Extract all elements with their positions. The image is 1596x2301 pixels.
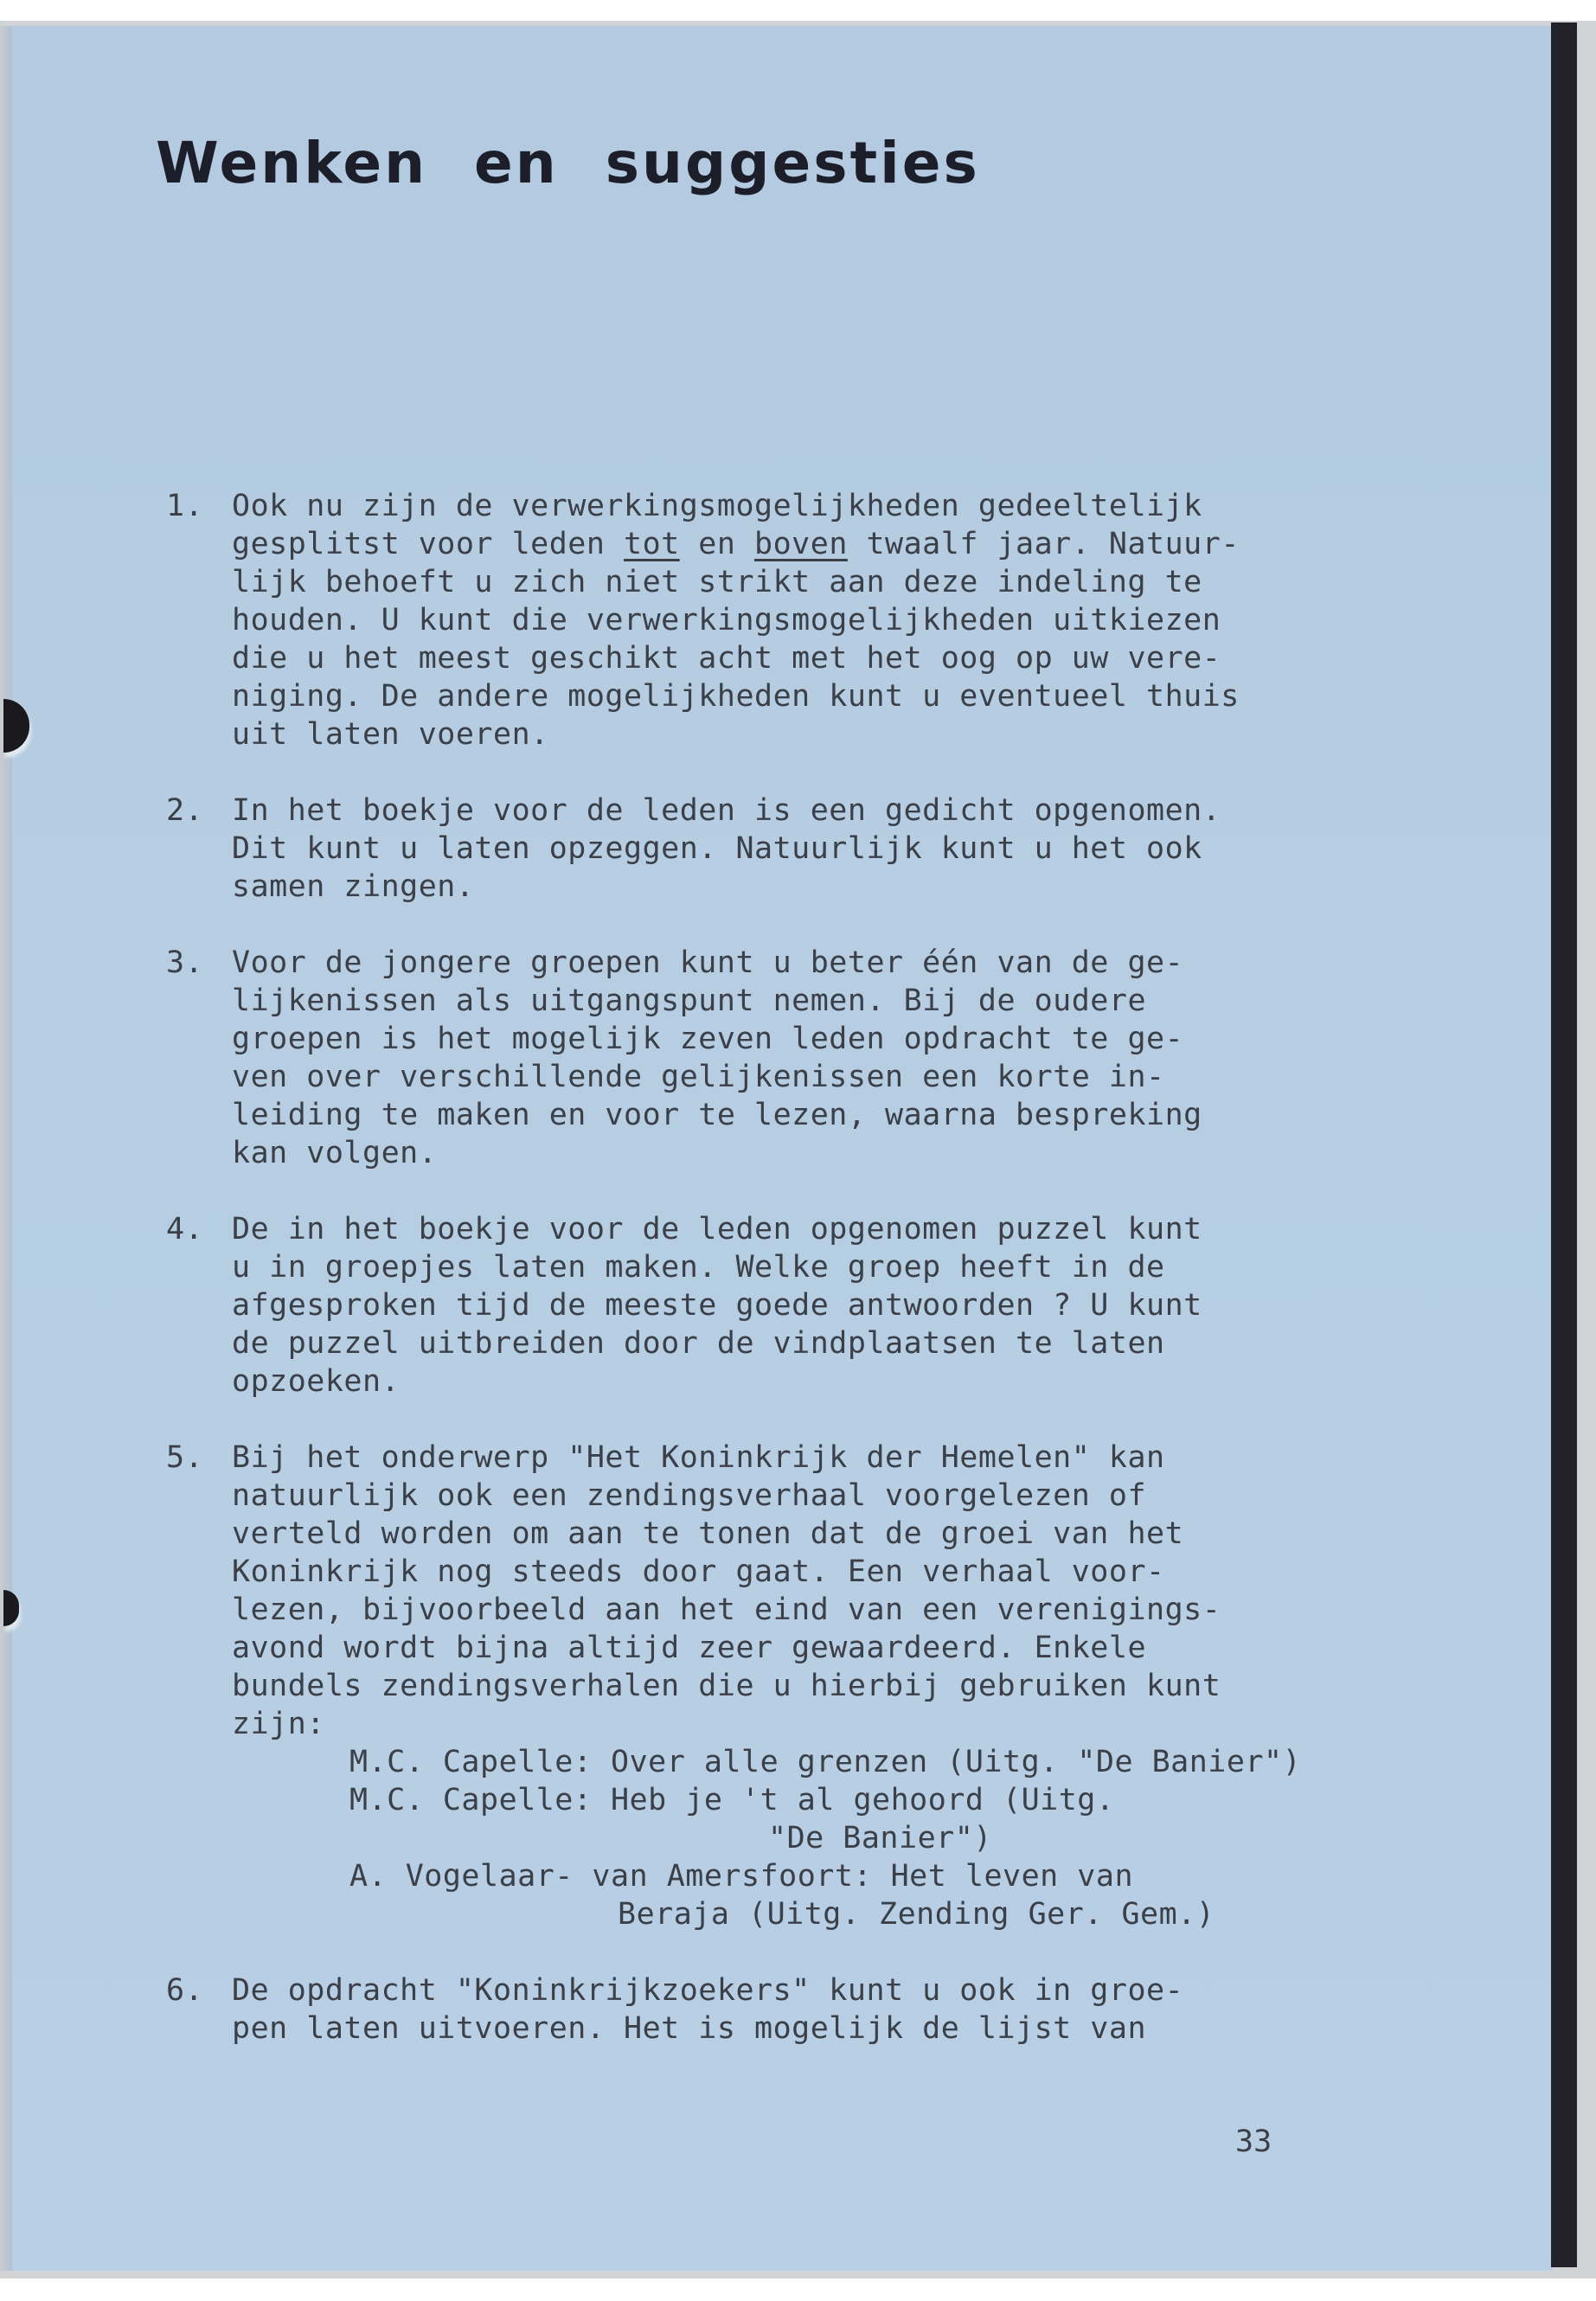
text-line: bundels zendingsverhalen die u hierbij g… (232, 1667, 1394, 1705)
reference-continuation: "De Banier") (349, 1819, 1394, 1857)
tip-item: 2.In het boekje voor de leden is een ged… (166, 792, 1394, 906)
tip-item: 1.Ook nu zijn de verwerkingsmogelijkhede… (166, 487, 1394, 753)
page-title: Wenken en suggesties (156, 130, 980, 196)
tip-number: 1. (166, 487, 232, 753)
tip-text: In het boekje voor de leden is een gedic… (232, 792, 1394, 906)
reference-item: A. Vogelaar- van Amersfoort: Het leven v… (349, 1857, 1394, 1895)
text-line: opzoeken. (232, 1362, 1394, 1400)
text-line: gesplitst voor leden tot en boven twaalf… (232, 525, 1394, 563)
tip-item: 6.De opdracht "Koninkrijkzoekers" kunt u… (166, 1971, 1394, 2048)
text-line: zijn: (232, 1705, 1394, 1743)
reference-list: M.C. Capelle: Over alle grenzen (Uitg. "… (349, 1743, 1394, 1933)
underlined-word: tot (624, 527, 680, 561)
text-line: houden. U kunt die verwerkingsmogelijkhe… (232, 601, 1394, 639)
text-line: niging. De andere mogelijkheden kunt u e… (232, 677, 1394, 715)
text-line: avond wordt bijna altijd zeer gewaardeer… (232, 1629, 1394, 1667)
text-line: Dit kunt u laten opzeggen. Natuurlijk ku… (232, 830, 1394, 868)
text-line: die u het meest geschikt acht met het oo… (232, 639, 1394, 677)
tip-text: De opdracht "Koninkrijkzoekers" kunt u o… (232, 1971, 1394, 2048)
text-line: Koninkrijk nog steeds door gaat. Een ver… (232, 1553, 1394, 1591)
text-line: lijk behoeft u zich niet strikt aan deze… (232, 563, 1394, 601)
text-line: Voor de jongere groepen kunt u beter één… (232, 944, 1394, 982)
text-line: verteld worden om aan te tonen dat de gr… (232, 1515, 1394, 1553)
text-line: De opdracht "Koninkrijkzoekers" kunt u o… (232, 1971, 1394, 2009)
text-line: afgesproken tijd de meeste goede antwoor… (232, 1286, 1394, 1324)
tip-item: 4.De in het boekje voor de leden opgenom… (166, 1210, 1394, 1400)
text-line: Ook nu zijn de verwerkingsmogelijkheden … (232, 487, 1394, 525)
text-line: In het boekje voor de leden is een gedic… (232, 792, 1394, 830)
tip-number: 2. (166, 792, 232, 906)
tip-item: 3.Voor de jongere groepen kunt u beter é… (166, 944, 1394, 1172)
tip-text: Ook nu zijn de verwerkingsmogelijkheden … (232, 487, 1394, 753)
text-line: uit laten voeren. (232, 715, 1394, 753)
text-line: de puzzel uitbreiden door de vindplaatse… (232, 1324, 1394, 1362)
reference-item: M.C. Capelle: Over alle grenzen (Uitg. "… (349, 1743, 1394, 1781)
text-line: ven over verschillende gelijkenissen een… (232, 1058, 1394, 1096)
text-line: De in het boekje voor de leden opgenomen… (232, 1210, 1394, 1248)
binding-strip (1551, 22, 1577, 2267)
text-line: groepen is het mogelijk zeven leden opdr… (232, 1020, 1394, 1058)
text-line: kan volgen. (232, 1134, 1394, 1172)
text-line: Bij het onderwerp "Het Koninkrijk der He… (232, 1439, 1394, 1477)
tip-number: 4. (166, 1210, 232, 1400)
text-line: pen laten uitvoeren. Het is mogelijk de … (232, 2009, 1394, 2048)
tip-text: De in het boekje voor de leden opgenomen… (232, 1210, 1394, 1400)
reference-continuation: Beraja (Uitg. Zending Ger. Gem.) (349, 1895, 1394, 1933)
tips-list: 1.Ook nu zijn de verwerkingsmogelijkhede… (166, 487, 1394, 2086)
text-line: lijkenissen als uitgangspunt nemen. Bij … (232, 982, 1394, 1020)
page-left-edge (0, 26, 12, 2271)
tip-text: Voor de jongere groepen kunt u beter één… (232, 944, 1394, 1172)
tip-number: 3. (166, 944, 232, 1172)
tip-number: 6. (166, 1971, 232, 2048)
tip-item: 5.Bij het onderwerp "Het Koninkrijk der … (166, 1439, 1394, 1933)
text-line: leiding te maken en voor te lezen, waarn… (232, 1096, 1394, 1134)
text-line: natuurlijk ook een zendingsverhaal voorg… (232, 1477, 1394, 1515)
page-number: 33 (1235, 2125, 1272, 2159)
text-line: lezen, bijvoorbeeld aan het eind van een… (232, 1591, 1394, 1629)
text-line: samen zingen. (232, 868, 1394, 906)
text-line: u in groepjes laten maken. Welke groep h… (232, 1248, 1394, 1286)
tip-number: 5. (166, 1439, 232, 1933)
tip-text: Bij het onderwerp "Het Koninkrijk der He… (232, 1439, 1394, 1933)
reference-item: M.C. Capelle: Heb je 't al gehoord (Uitg… (349, 1781, 1394, 1819)
underlined-word: boven (754, 527, 848, 561)
